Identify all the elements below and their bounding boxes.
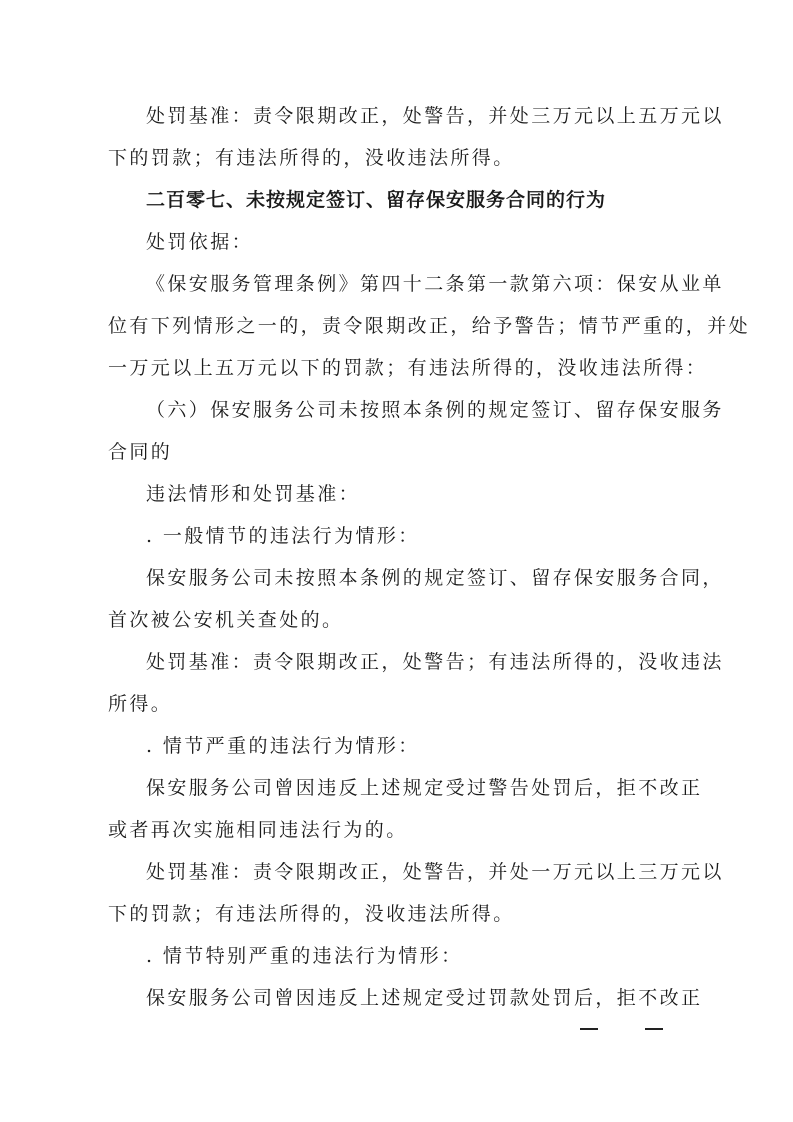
general-circumstance-text-cont: 首次被公安机关查处的。 <box>108 608 688 632</box>
serious-circumstance-label: . 情节严重的违法行为情形： <box>146 734 726 758</box>
document-page: 处罚基准：责令限期改正，处警告，并处三万元以上五万元以 下的罚款；有违法所得的，… <box>0 0 793 1122</box>
general-penalty-standard: 处罚基准：责令限期改正，处警告；有违法所得的，没收违法 <box>146 650 688 674</box>
serious-circumstance-text-cont: 或者再次实施相同违法行为的。 <box>108 818 688 842</box>
page-number-dash-left <box>580 1028 598 1030</box>
serious-penalty-standard: 处罚基准：责令限期改正，处警告，并处一万元以上三万元以 <box>146 860 688 884</box>
section-heading: 二百零七、未按规定签订、留存保安服务合同的行为 <box>146 188 726 212</box>
violation-standards-label: 违法情形和处罚基准： <box>146 482 726 506</box>
serious-circumstance-text: 保安服务公司曾因违反上述规定受过警告处罚后，拒不改正 <box>146 776 688 800</box>
page-number-dash-right <box>645 1028 663 1030</box>
serious-penalty-standard-cont: 下的罚款；有违法所得的，没收违法所得。 <box>108 902 688 926</box>
general-penalty-standard-cont: 所得。 <box>108 692 688 716</box>
general-circumstance-text: 保安服务公司未按照本条例的规定签订、留存保安服务合同， <box>146 566 688 590</box>
penalty-standard-line: 处罚基准：责令限期改正，处警告，并处三万元以上五万元以 <box>146 104 688 128</box>
general-circumstance-label: . 一般情节的违法行为情形： <box>146 524 726 548</box>
clause-six: （六）保安服务公司未按照本条例的规定签订、留存保安服务 <box>146 398 688 422</box>
regulation-citation: 《保安服务管理条例》第四十二条第一款第六项：保安从业单 <box>146 272 688 296</box>
clause-six-cont: 合同的 <box>108 440 688 464</box>
very-serious-circumstance-text: 保安服务公司曾因违反上述规定受过罚款处罚后，拒不改正 <box>146 986 688 1010</box>
penalty-basis-label: 处罚依据： <box>146 230 726 254</box>
regulation-citation-cont: 一万元以上五万元以下的罚款；有违法所得的，没收违法所得： <box>108 356 688 380</box>
regulation-citation-cont: 位有下列情形之一的，责令限期改正，给予警告；情节严重的，并处 <box>108 314 688 338</box>
very-serious-circumstance-label: . 情节特别严重的违法行为情形： <box>146 944 726 968</box>
paragraph-continuation: 下的罚款；有违法所得的，没收违法所得。 <box>108 146 688 170</box>
